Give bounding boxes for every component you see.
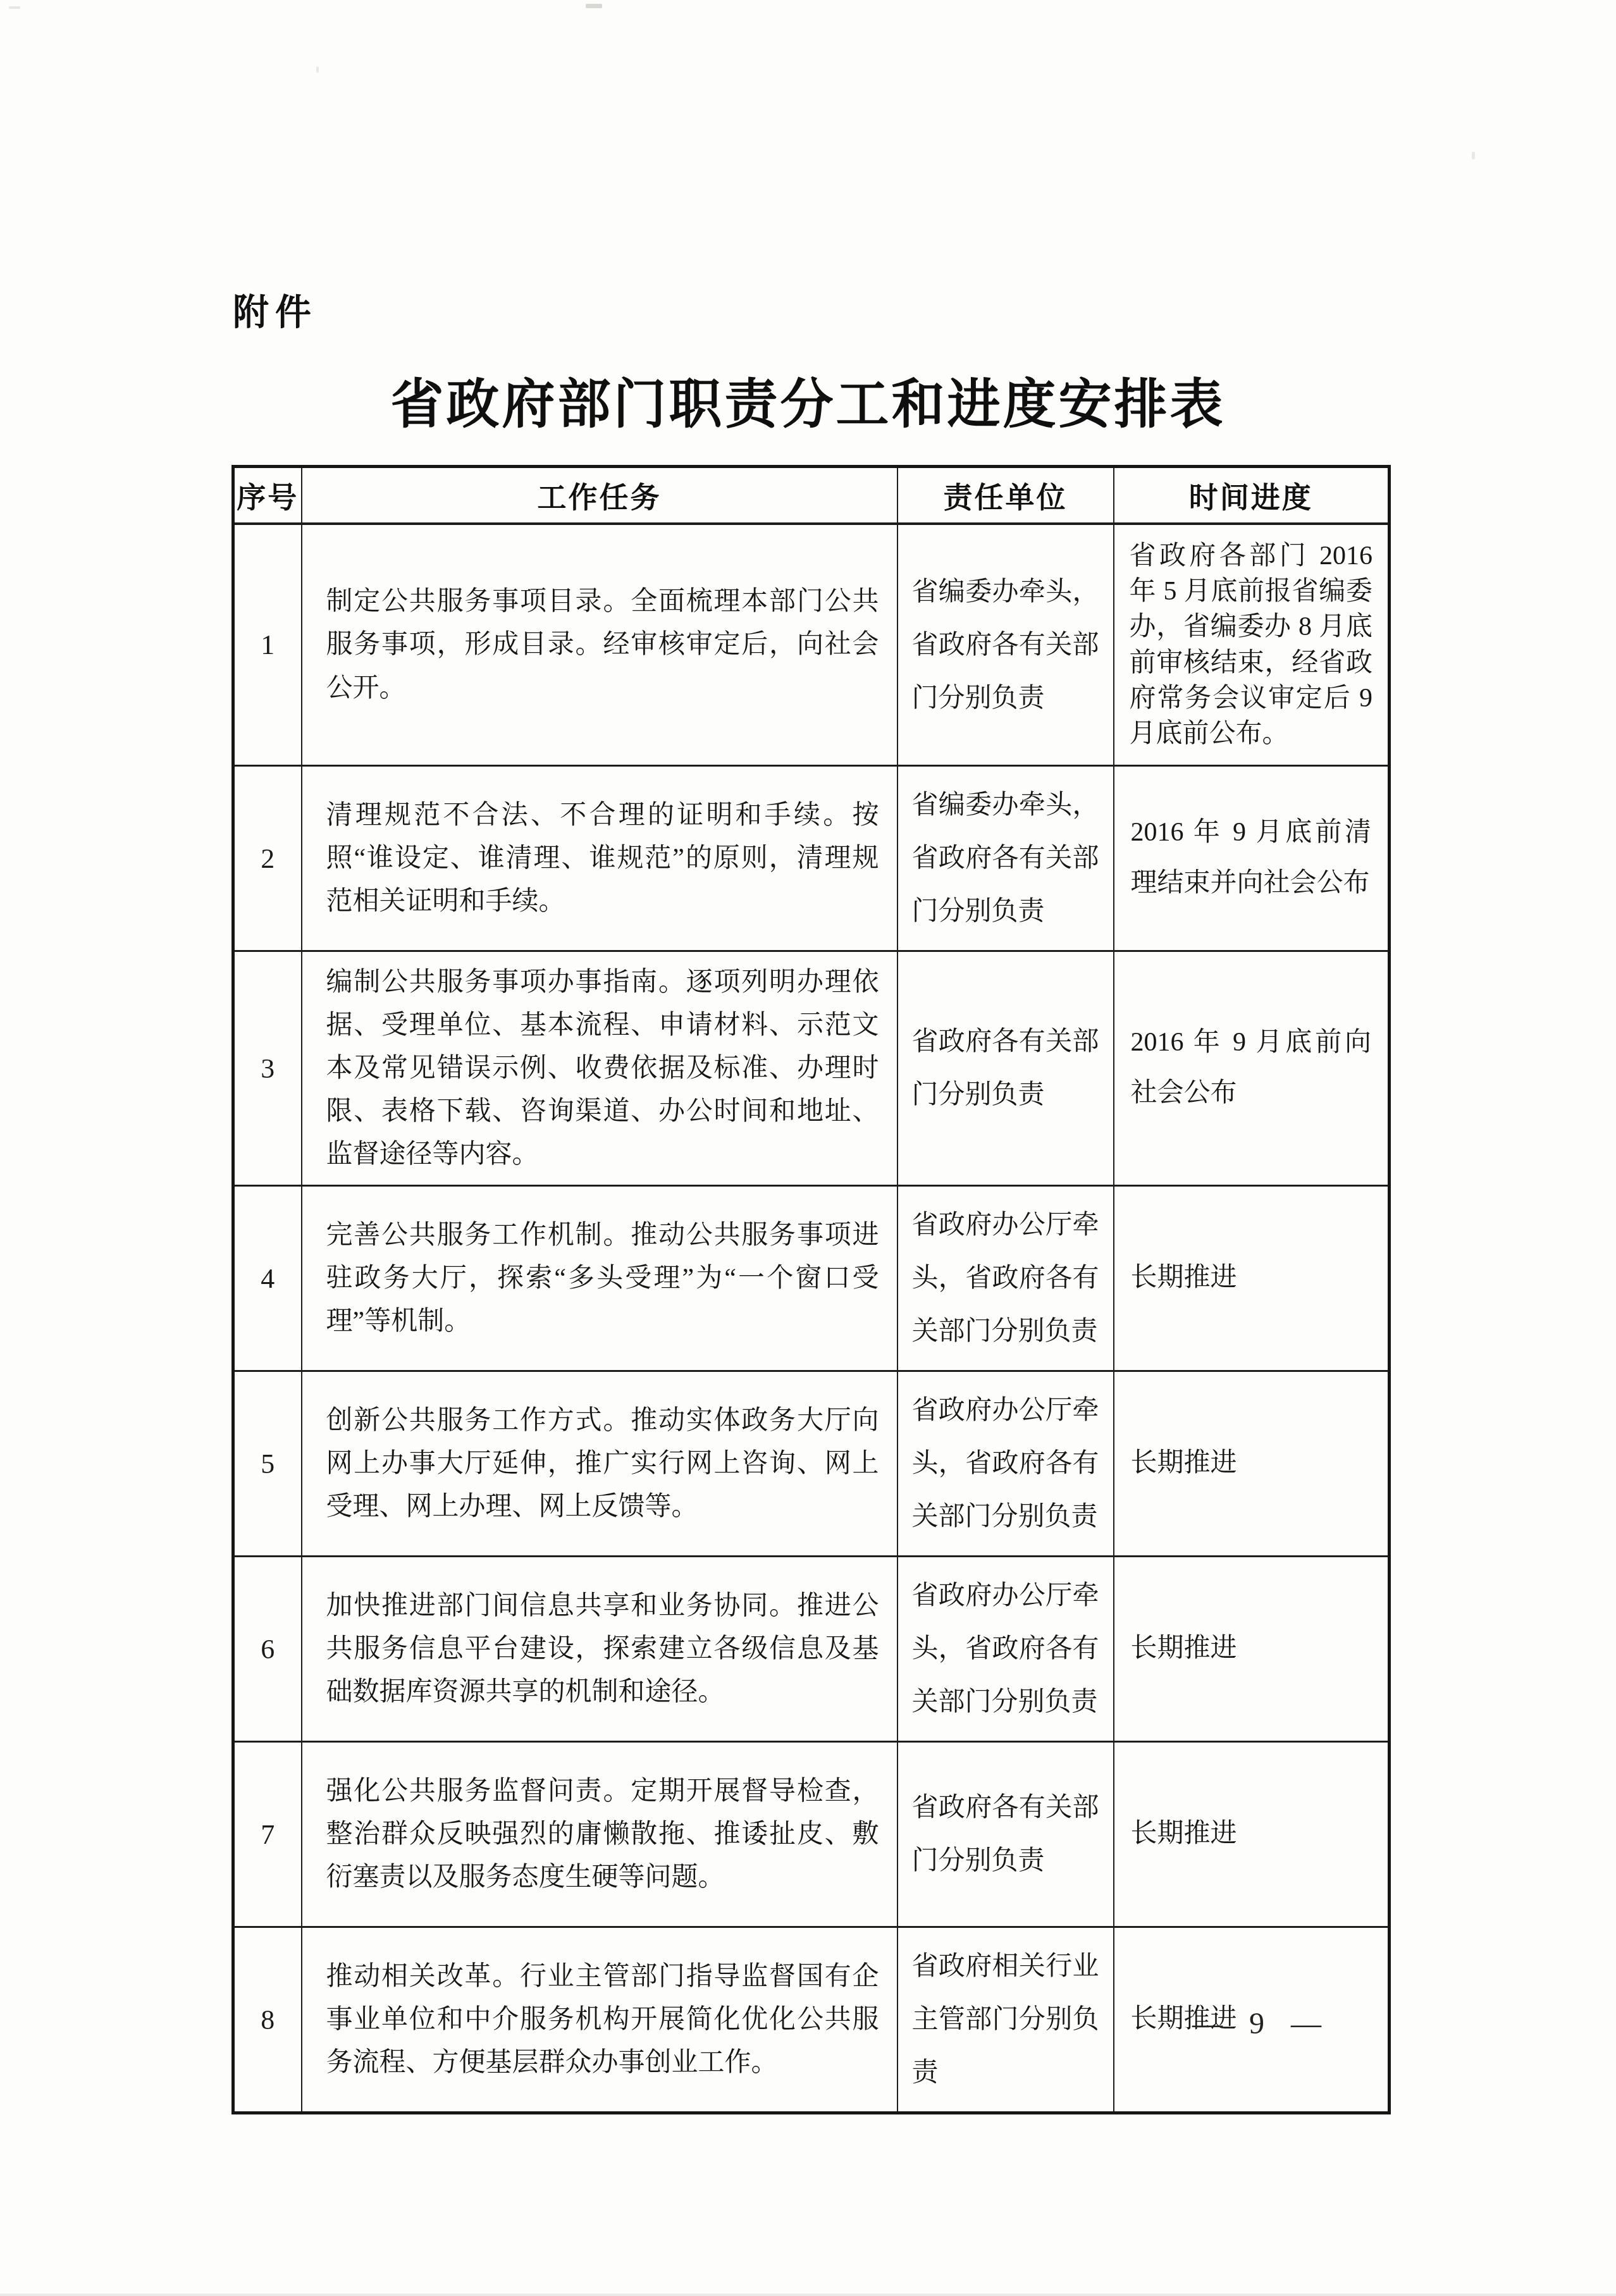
row-number-cell: 1 bbox=[233, 524, 302, 766]
scan-speck bbox=[316, 66, 319, 73]
row-number-cell: 7 bbox=[233, 1742, 302, 1927]
table-row: 7 强化公共服务监督问责。定期开展督导检查，整治群众反映强烈的庸懒散拖、推诿扯皮… bbox=[233, 1742, 1390, 1927]
row-number-cell: 3 bbox=[233, 951, 302, 1186]
scan-speck bbox=[586, 4, 602, 8]
page-number: — 9 — bbox=[1192, 2006, 1321, 2041]
unit-cell: 省政府办公厅牵头，省政府各有关部门分别负责 bbox=[897, 1557, 1114, 1742]
unit-cell: 省编委办牵头，省政府各有关部门分别负责 bbox=[897, 524, 1114, 766]
scanned-document-page: 附件 省政府部门职责分工和进度安排表 序号 工作任务 责任单位 时间进度 1 bbox=[0, 0, 1616, 2296]
row-number-cell: 4 bbox=[233, 1186, 302, 1371]
header-cell-number: 序号 bbox=[233, 467, 302, 524]
unit-cell: 省政府相关行业主管部门分别负责 bbox=[897, 1927, 1114, 2113]
row-number-cell: 6 bbox=[233, 1557, 302, 1742]
row-number-cell: 2 bbox=[233, 766, 302, 951]
table-row: 2 清理规范不合法、不合理的证明和手续。按照“谁设定、谁清理、谁规范”的原则，清… bbox=[233, 766, 1390, 951]
task-cell: 完善公共服务工作机制。推动公共服务事项进驻政务大厅，探索“多头受理”为“一个窗口… bbox=[302, 1186, 897, 1371]
schedule-table: 序号 工作任务 责任单位 时间进度 1 制定公共服务事项目录。全面梳理本部门公共… bbox=[231, 465, 1391, 2114]
schedule-cell: 长期推进 bbox=[1114, 1742, 1390, 1927]
schedule-cell: 长期推进 bbox=[1114, 1557, 1390, 1742]
schedule-cell: 省政府各部门 2016 年 5 月底前报省编委办，省编委办 8 月底前审核结束，… bbox=[1114, 524, 1390, 766]
header-cell-schedule: 时间进度 bbox=[1114, 467, 1390, 524]
table-row: 5 创新公共服务工作方式。推动实体政务大厅向网上办事大厅延伸，推广实行网上咨询、… bbox=[233, 1371, 1390, 1557]
schedule-table-container: 序号 工作任务 责任单位 时间进度 1 制定公共服务事项目录。全面梳理本部门公共… bbox=[231, 465, 1388, 2114]
header-cell-task: 工作任务 bbox=[302, 467, 897, 524]
task-cell: 推动相关改革。行业主管部门指导监督国有企事业单位和中介服务机构开展简化优化公共服… bbox=[302, 1927, 897, 2113]
schedule-cell: 长期推进 bbox=[1114, 1371, 1390, 1557]
task-cell: 创新公共服务工作方式。推动实体政务大厅向网上办事大厅延伸，推广实行网上咨询、网上… bbox=[302, 1371, 897, 1557]
unit-cell: 省政府各有关部门分别负责 bbox=[897, 1742, 1114, 1927]
document-title: 省政府部门职责分工和进度安排表 bbox=[0, 362, 1616, 438]
unit-cell: 省政府各有关部门分别负责 bbox=[897, 951, 1114, 1186]
task-cell: 清理规范不合法、不合理的证明和手续。按照“谁设定、谁清理、谁规范”的原则，清理规… bbox=[302, 766, 897, 951]
header-cell-unit: 责任单位 bbox=[897, 467, 1114, 524]
scan-speck bbox=[1472, 152, 1475, 159]
schedule-cell: 长期推进 bbox=[1114, 1186, 1390, 1371]
scan-speck bbox=[9, 6, 20, 9]
scan-edge-smudge bbox=[0, 2293, 1616, 2296]
task-cell: 制定公共服务事项目录。全面梳理本部门公共服务事项，形成目录。经审核审定后，向社会… bbox=[302, 524, 897, 766]
unit-cell: 省编委办牵头，省政府各有关部门分别负责 bbox=[897, 766, 1114, 951]
task-cell: 加快推进部门间信息共享和业务协同。推进公共服务信息平台建设，探索建立各级信息及基… bbox=[302, 1557, 897, 1742]
table-row: 3 编制公共服务事项办事指南。逐项列明办理依据、受理单位、基本流程、申请材料、示… bbox=[233, 951, 1390, 1186]
table-row: 6 加快推进部门间信息共享和业务协同。推进公共服务信息平台建设，探索建立各级信息… bbox=[233, 1557, 1390, 1742]
table-header-row: 序号 工作任务 责任单位 时间进度 bbox=[233, 467, 1390, 524]
table-row: 1 制定公共服务事项目录。全面梳理本部门公共服务事项，形成目录。经审核审定后，向… bbox=[233, 524, 1390, 766]
schedule-cell: 2016 年 9 月底前向社会公布 bbox=[1114, 951, 1390, 1186]
attachment-label: 附件 bbox=[233, 283, 318, 335]
table-row: 4 完善公共服务工作机制。推动公共服务事项进驻政务大厅，探索“多头受理”为“一个… bbox=[233, 1186, 1390, 1371]
unit-cell: 省政府办公厅牵头，省政府各有关部门分别负责 bbox=[897, 1371, 1114, 1557]
schedule-cell: 2016 年 9 月底前清理结束并向社会公布 bbox=[1114, 766, 1390, 951]
row-number-cell: 5 bbox=[233, 1371, 302, 1557]
task-cell: 强化公共服务监督问责。定期开展督导检查，整治群众反映强烈的庸懒散拖、推诿扯皮、敷… bbox=[302, 1742, 897, 1927]
task-cell: 编制公共服务事项办事指南。逐项列明办理依据、受理单位、基本流程、申请材料、示范文… bbox=[302, 951, 897, 1186]
row-number-cell: 8 bbox=[233, 1927, 302, 2113]
unit-cell: 省政府办公厅牵头，省政府各有关部门分别负责 bbox=[897, 1186, 1114, 1371]
